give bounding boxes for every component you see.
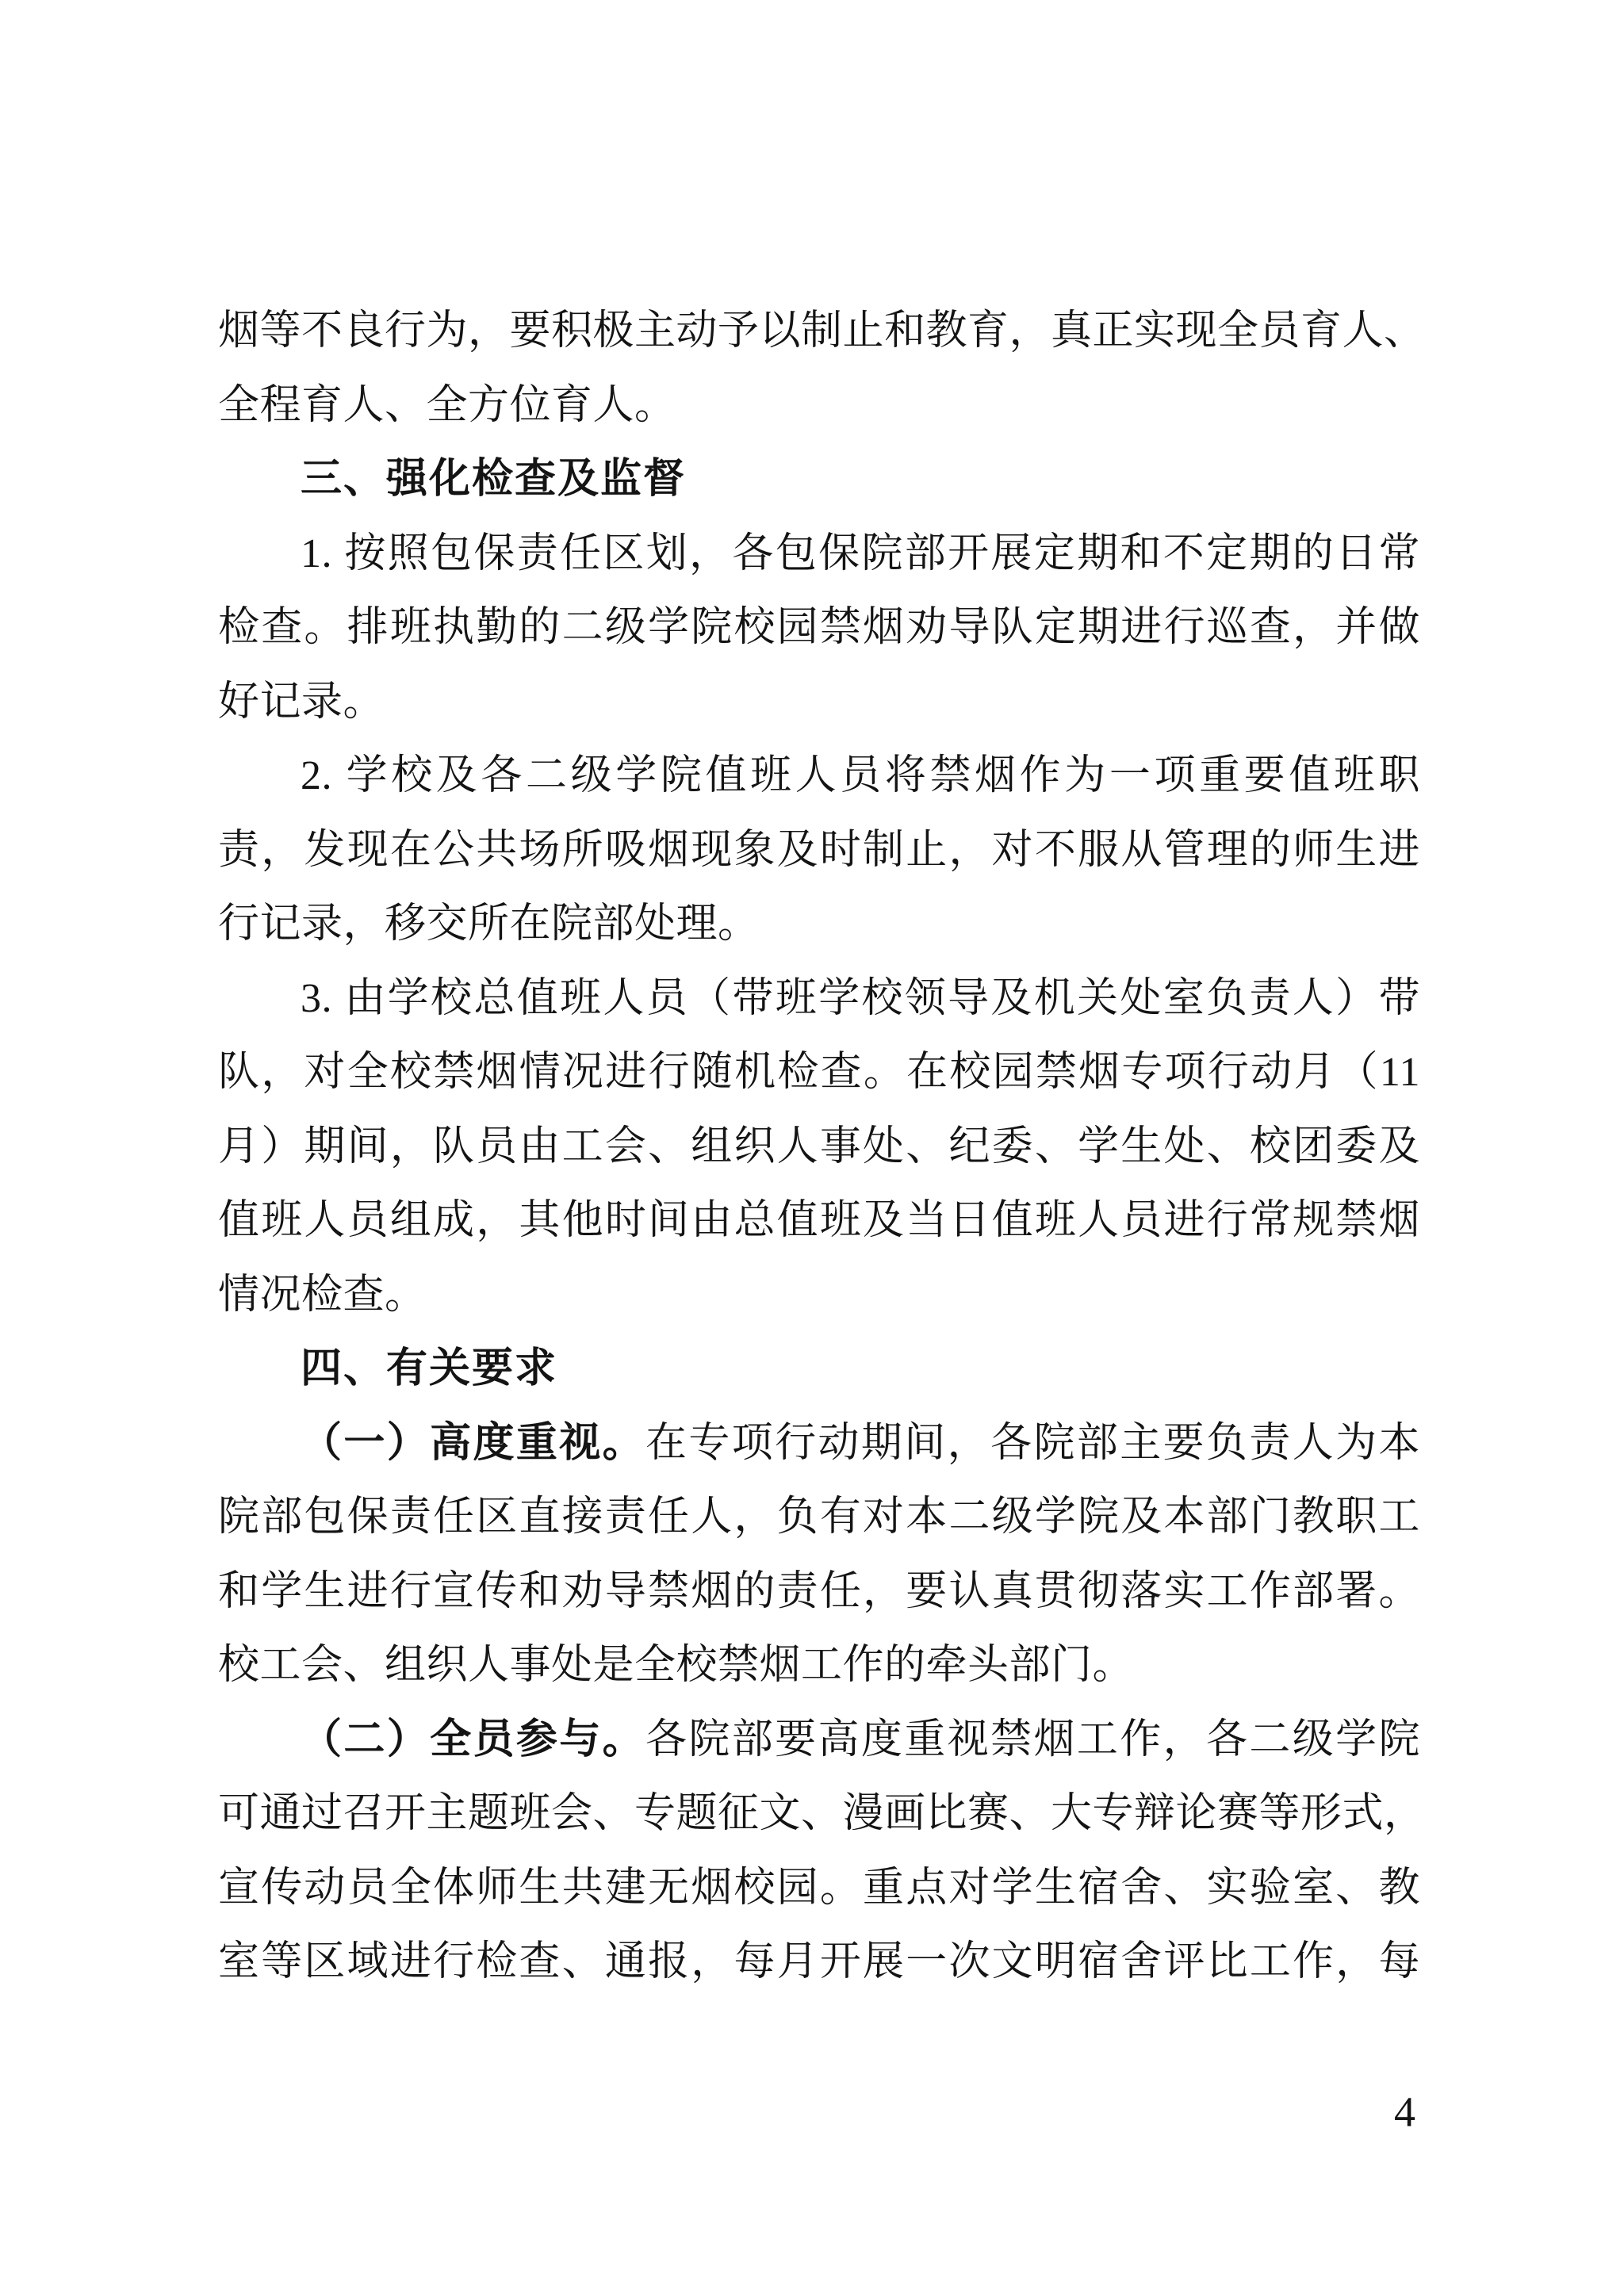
section-heading: 三、强化检查及监督 [218, 442, 1420, 517]
text-line: 月）期间，队员由工会、组织人事处、纪委、学生处、校团委及 [218, 1110, 1420, 1184]
text-line: （二）全员参与。各院部要高度重视禁烟工作，各二级学院 [218, 1703, 1420, 1777]
text-line: 烟等不良行为，要积极主动予以制止和教育，真正实现全员育人、 [218, 294, 1420, 369]
text-line: 检查。排班执勤的二级学院校园禁烟劝导队定期进行巡查，并做 [218, 591, 1420, 665]
text-line: 宣传动员全体师生共建无烟校园。重点对学生宿舍、实验室、教 [218, 1851, 1420, 1926]
text-line: 和学生进行宣传和劝导禁烟的责任，要认真贯彻落实工作部署。 [218, 1555, 1420, 1629]
text-line: 队，对全校禁烟情况进行随机检查。在校园禁烟专项行动月（11 [218, 1035, 1420, 1110]
document-page: 烟等不良行为，要积极主动予以制止和教育，真正实现全员育人、全程育人、全方位育人。… [0, 0, 1624, 2296]
text-line: 3. 由学校总值班人员（带班学校领导及机关处室负责人）带 [218, 962, 1420, 1036]
text-line: 校工会、组织人事处是全校禁烟工作的牵头部门。 [218, 1628, 1420, 1703]
text-line: （一）高度重视。在专项行动期间，各院部主要负责人为本 [218, 1406, 1420, 1481]
text-line: 室等区域进行检查、通报，每月开展一次文明宿舍评比工作，每 [218, 1925, 1420, 1999]
text-line: 行记录，移交所在院部处理。 [218, 887, 1420, 962]
text-line: 全程育人、全方位育人。 [218, 369, 1420, 443]
text-line: 2. 学校及各二级学院值班人员将禁烟作为一项重要值班职 [218, 739, 1420, 813]
text-run: 各院部要高度重视禁烟工作，各二级学院 [645, 1717, 1420, 1762]
text-line: 1. 按照包保责任区划，各包保院部开展定期和不定期的日常 [218, 517, 1420, 591]
text-line: 值班人员组成，其他时间由总值班及当日值班人员进行常规禁烟 [218, 1184, 1420, 1258]
document-body: 烟等不良行为，要积极主动予以制止和教育，真正实现全员育人、全程育人、全方位育人。… [218, 294, 1420, 1999]
text-line: 情况检查。 [218, 1258, 1420, 1333]
text-line: 责，发现在公共场所吸烟现象及时制止，对不服从管理的师生进 [218, 813, 1420, 888]
paragraph-lead-bold: （二）全员参与。 [301, 1716, 645, 1762]
text-line: 院部包保责任区直接责任人，负有对本二级学院及本部门教职工 [218, 1480, 1420, 1555]
section-heading: 四、有关要求 [218, 1332, 1420, 1406]
page-number: 4 [1394, 2075, 1415, 2149]
text-line: 可通过召开主题班会、专题征文、漫画比赛、大专辩论赛等形式， [218, 1777, 1420, 1851]
text-run: 在专项行动期间，各院部主要负责人为本 [645, 1421, 1420, 1466]
text-line: 好记录。 [218, 665, 1420, 740]
paragraph-lead-bold: （一）高度重视。 [301, 1420, 645, 1466]
